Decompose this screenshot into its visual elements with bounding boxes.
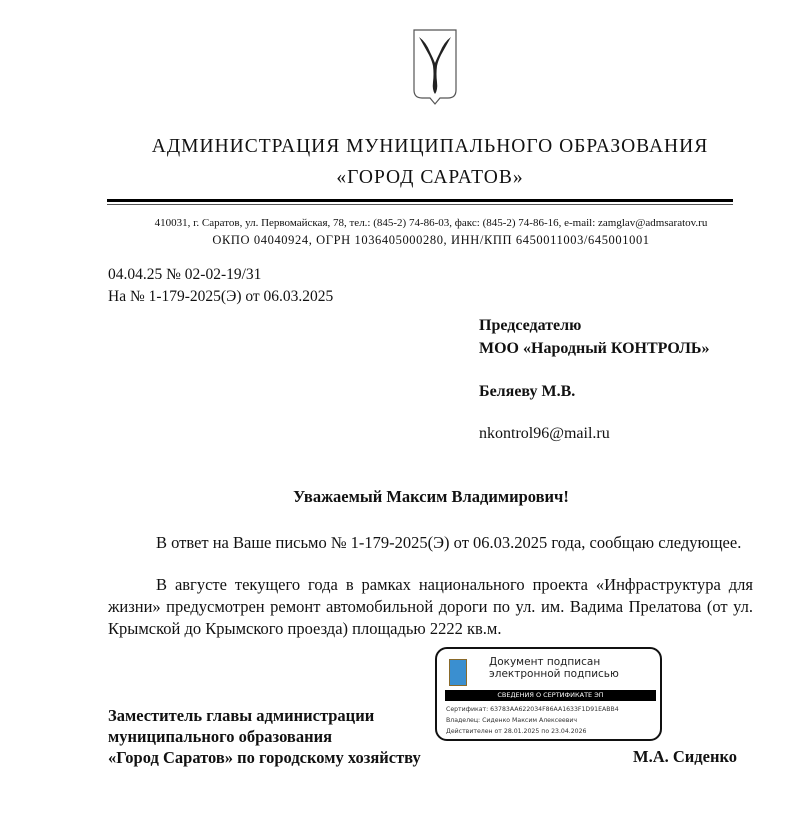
stamp-title: Документ подписан электронной подписью (489, 656, 619, 680)
signatory-title-line1: Заместитель главы администрации (108, 705, 421, 726)
outgoing-reference: 04.04.25 № 02-02-19/31 (108, 266, 261, 284)
organization-codes: ОКПО 04040924, ОГРН 1036405000280, ИНН/К… (0, 233, 788, 248)
organization-name-line2: «ГОРОД САРАТОВ» (0, 167, 788, 189)
stamp-title-line1: Документ подписан (489, 656, 619, 668)
body-paragraph-2: В августе текущего года в рамках национа… (108, 574, 753, 640)
greeting: Уважаемый Максим Владимирович! (0, 487, 788, 507)
saratov-coat-of-arms-icon (412, 28, 458, 108)
recipient-name: Беляеву М.В. (479, 383, 575, 401)
saratov-crest-icon (449, 659, 467, 686)
stamp-certificate-header: СВЕДЕНИЯ О СЕРТИФИКАТЕ ЭП (445, 690, 656, 701)
body-paragraph-1: В ответ на Ваше письмо № 1-179-2025(Э) о… (108, 532, 753, 554)
stamp-owner: Владелец: Сиденко Максим Алексеевич (446, 717, 577, 724)
electronic-signature-stamp: Документ подписан электронной подписью С… (435, 647, 662, 741)
stamp-title-line2: электронной подписью (489, 668, 619, 680)
recipient-organization: МОО «Народный КОНТРОЛЬ» (479, 340, 710, 358)
signatory-name: М.А. Сиденко (633, 747, 737, 767)
organization-address: 410031, г. Саратов, ул. Первомайская, 78… (0, 217, 788, 229)
organization-name-line1: АДМИНИСТРАЦИЯ МУНИЦИПАЛЬНОГО ОБРАЗОВАНИЯ (0, 136, 788, 158)
stamp-certificate-number: Сертификат: 63783AA622034F86AA1633F1D91E… (446, 706, 619, 713)
recipient-email: nkontrol96@mail.ru (479, 425, 610, 443)
recipient-position: Председателю (479, 317, 581, 335)
body-paragraph-2-text: В августе текущего года в рамках национа… (108, 575, 753, 638)
signatory-title-line3: «Город Саратов» по городскому хозяйству (108, 747, 421, 768)
stamp-validity: Действителен от 28.01.2025 по 23.04.2026 (446, 728, 587, 735)
signatory-title: Заместитель главы администрации муниципа… (108, 705, 421, 768)
header-divider-thin (107, 204, 733, 205)
incoming-reference: На № 1-179-2025(Э) от 06.03.2025 (108, 288, 333, 306)
signatory-title-line2: муниципального образования (108, 726, 421, 747)
header-divider-thick (107, 199, 733, 202)
body-paragraph-1-text: В ответ на Ваше письмо № 1-179-2025(Э) о… (156, 533, 741, 552)
